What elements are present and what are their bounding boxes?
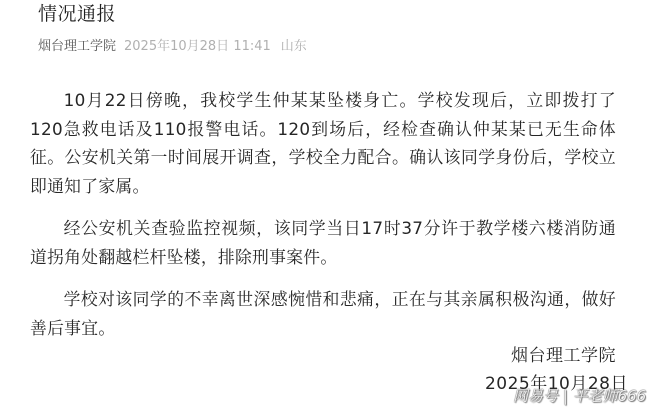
publish-time: 2025年10月28日 11:41: [124, 39, 271, 54]
watermark: 网易号 | 平老师666: [513, 386, 646, 406]
notice-body: 10月22日傍晚，我校学生仲某某坠楼身亡。学校发现后，立即拨打了120急救电话及…: [30, 86, 616, 356]
publish-location: 山东: [281, 39, 307, 54]
meta-line: 烟台理工学院2025年10月28日 11:41山东: [38, 38, 307, 56]
notice-title: 情况通报: [38, 2, 116, 26]
paragraph-2: 经公安机关查验监控视频，该同学当日17时37分许于教学楼六楼消防通道拐角处翻越栏…: [30, 214, 616, 285]
signature: 烟台理工学院: [511, 344, 616, 368]
paragraph-1: 10月22日傍晚，我校学生仲某某坠楼身亡。学校发现后，立即拨打了120急救电话及…: [30, 86, 616, 214]
source-name[interactable]: 烟台理工学院: [38, 39, 116, 54]
